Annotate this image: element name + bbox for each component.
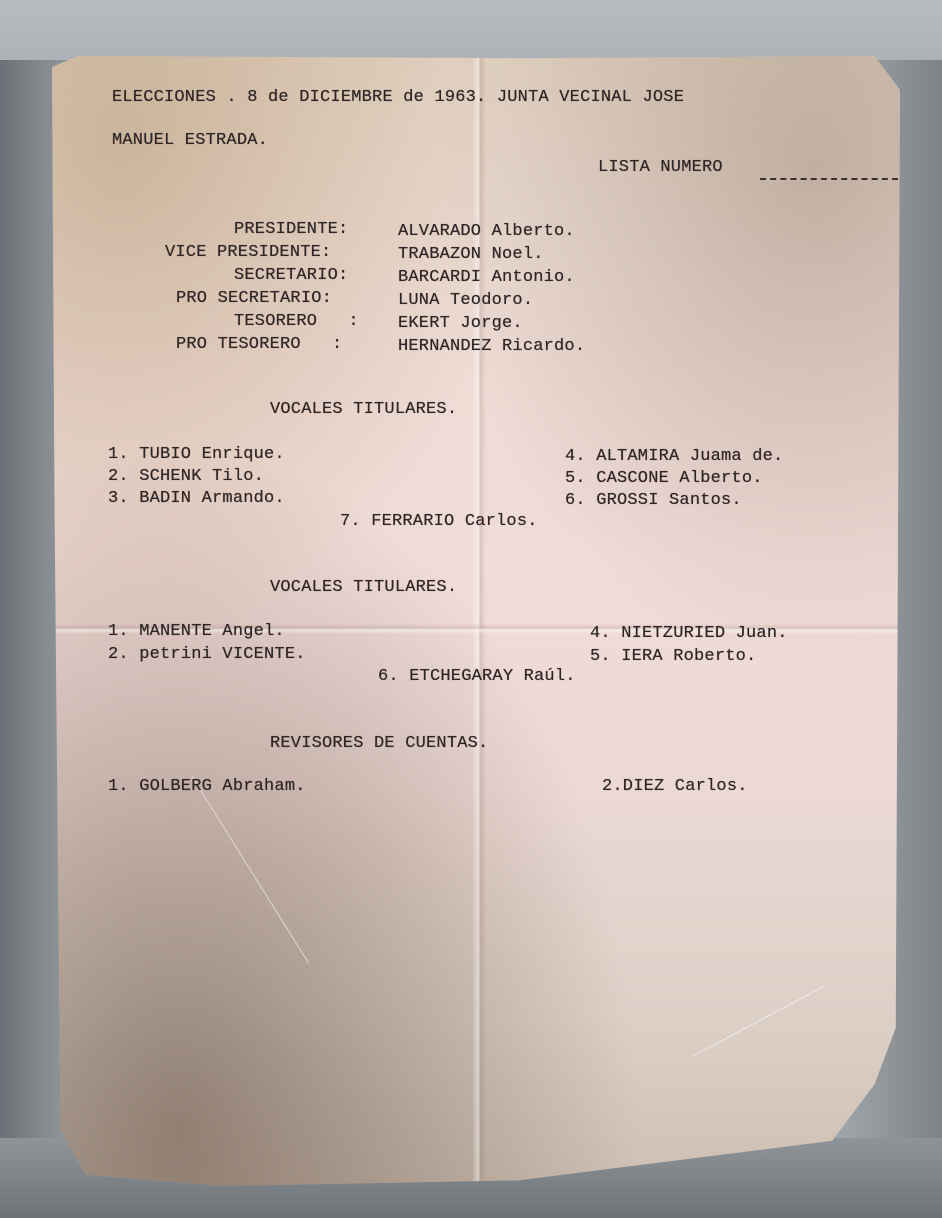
member-entry: 2.DIEZ Carlos.: [602, 777, 748, 796]
member-entry: 4. ALTAMIRA Juama de.: [565, 447, 783, 466]
member-entry: 6. GROSSI Santos.: [565, 491, 742, 510]
member-entry: 2. petrini VICENTE.: [108, 645, 306, 664]
document-header-line-2: MANUEL ESTRADA.: [112, 131, 268, 150]
member-entry: 3. BADIN Armando.: [108, 489, 285, 508]
member-entry: 5. CASCONE Alberto.: [565, 469, 763, 488]
member-entry: 1. GOLBERG Abraham.: [108, 777, 306, 796]
officer-name: HERNANDEZ Ricardo.: [398, 337, 585, 356]
member-entry: 1. MANENTE Angel.: [108, 622, 285, 641]
officer-role: PRO SECRETARIO:: [176, 289, 332, 308]
section-title: VOCALES TITULARES.: [270, 578, 457, 597]
officer-role: SECRETARIO:: [234, 266, 348, 285]
member-entry: 7. FERRARIO Carlos.: [340, 512, 538, 531]
backdrop-wall: [0, 0, 942, 60]
paper-wrinkle: [192, 776, 309, 963]
officer-name: LUNA Teodoro.: [398, 291, 533, 310]
officer-role: TESORERO :: [234, 312, 359, 331]
list-number-blank-line: [760, 178, 898, 180]
officer-role: VICE PRESIDENTE:: [165, 243, 331, 262]
member-entry: 1. TUBIO Enrique.: [108, 445, 285, 464]
officer-role: PRESIDENTE:: [234, 220, 348, 239]
member-entry: 2. SCHENK Tilo.: [108, 467, 264, 486]
officer-name: ALVARADO Alberto.: [398, 222, 575, 241]
officer-name: EKERT Jorge.: [398, 314, 523, 333]
officer-role: PRO TESORERO :: [176, 335, 342, 354]
member-entry: 5. IERA Roberto.: [590, 647, 756, 666]
member-entry: 6. ETCHEGARAY Raúl.: [378, 667, 576, 686]
officer-name: TRABAZON Noel.: [398, 245, 544, 264]
document-header-line-1: ELECCIONES . 8 de DICIEMBRE de 1963. JUN…: [112, 88, 684, 107]
section-title: VOCALES TITULARES.: [270, 400, 457, 419]
officer-name: BARCARDI Antonio.: [398, 268, 575, 287]
paper-wrinkle: [692, 986, 825, 1057]
section-title: REVISORES DE CUENTAS.: [270, 734, 488, 753]
list-number-label: LISTA NUMERO: [598, 158, 723, 177]
member-entry: 4. NIETZURIED Juan.: [590, 624, 788, 643]
